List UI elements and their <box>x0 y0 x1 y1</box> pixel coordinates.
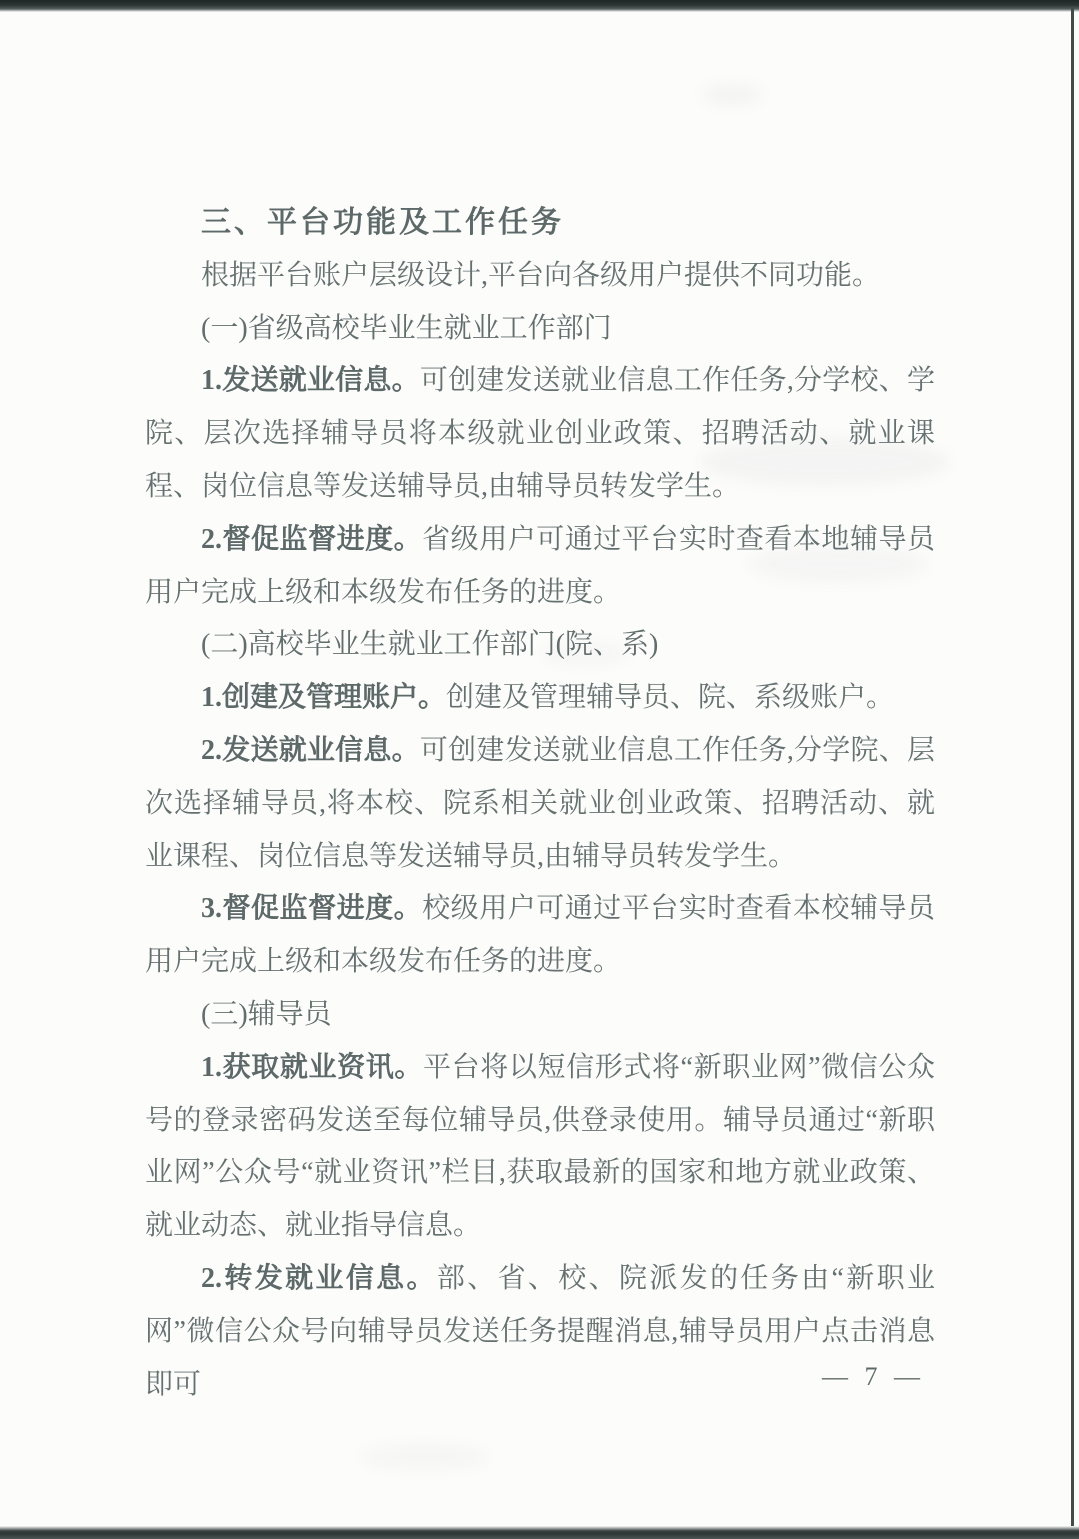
paragraph-text-run: 创建及管理辅导员、院、系级账户。 <box>446 682 894 713</box>
paragraph: 1.获取就业资讯。平台将以短信形式将“新职业网”微信公众号的登录密码发送至每位辅… <box>145 1042 935 1253</box>
paragraph: 根据平台账户层级设计,平台向各级用户提供不同功能。 <box>145 250 935 303</box>
scan-edge-bottom <box>0 1526 1079 1539</box>
paragraph-text-run: (一)省级高校毕业生就业工作部门 <box>201 313 612 344</box>
heading-2: (二)高校毕业生就业工作部门(院、系) <box>145 619 935 672</box>
paragraph: 2.转发就业信息。部、省、校、院派发的任务由“新职业网”微信公众号向辅导员发送任… <box>145 1253 935 1411</box>
paragraph-lead-emphasis: 2.转发就业信息。 <box>201 1263 437 1294</box>
heading-2: (三)辅导员 <box>145 989 935 1042</box>
heading-1: 三、平台功能及工作任务 <box>145 197 935 250</box>
paragraph: 2.督促监督进度。省级用户可通过平台实时查看本地辅导员用户完成上级和本级发布任务… <box>145 514 935 620</box>
heading-2: (一)省级高校毕业生就业工作部门 <box>145 303 935 356</box>
paragraph: 3.督促监督进度。校级用户可通过平台实时查看本校辅导员用户完成上级和本级发布任务… <box>145 883 935 989</box>
paragraph-lead-emphasis: 三、平台功能及工作任务 <box>201 206 564 239</box>
scan-smudge <box>702 84 762 106</box>
scan-edge-top <box>0 0 1079 12</box>
paragraph-lead-emphasis: 1.创建及管理账户。 <box>201 682 446 713</box>
paragraph-text-run: (三)辅导员 <box>201 999 332 1030</box>
paragraph: 1.发送就业信息。可创建发送就业信息工作任务,分学校、学院、层次选择辅导员将本级… <box>145 355 935 513</box>
paragraph-lead-emphasis: 1.发送就业信息。 <box>201 365 420 396</box>
page-number: — 7 — <box>822 1362 925 1392</box>
scan-smudge <box>360 1443 490 1471</box>
paragraph: 2.发送就业信息。可创建发送就业信息工作任务,分学院、层次选择辅导员,将本校、院… <box>145 725 935 883</box>
scan-edge-right <box>1071 6 1074 1530</box>
paragraph-lead-emphasis: 1.获取就业资讯。 <box>201 1052 423 1083</box>
paragraph-lead-emphasis: 2.发送就业信息。 <box>201 735 420 766</box>
paragraph-lead-emphasis: 3.督促监督进度。 <box>201 893 422 924</box>
paragraph-text-run: 根据平台账户层级设计,平台向各级用户提供不同功能。 <box>201 260 880 291</box>
paragraph: 1.创建及管理账户。创建及管理辅导员、院、系级账户。 <box>145 672 935 725</box>
document-body: 三、平台功能及工作任务根据平台账户层级设计,平台向各级用户提供不同功能。(一)省… <box>145 197 935 1411</box>
paragraph-lead-emphasis: 2.督促监督进度。 <box>201 524 422 555</box>
paragraph-text-run: (二)高校毕业生就业工作部门(院、系) <box>201 629 658 660</box>
